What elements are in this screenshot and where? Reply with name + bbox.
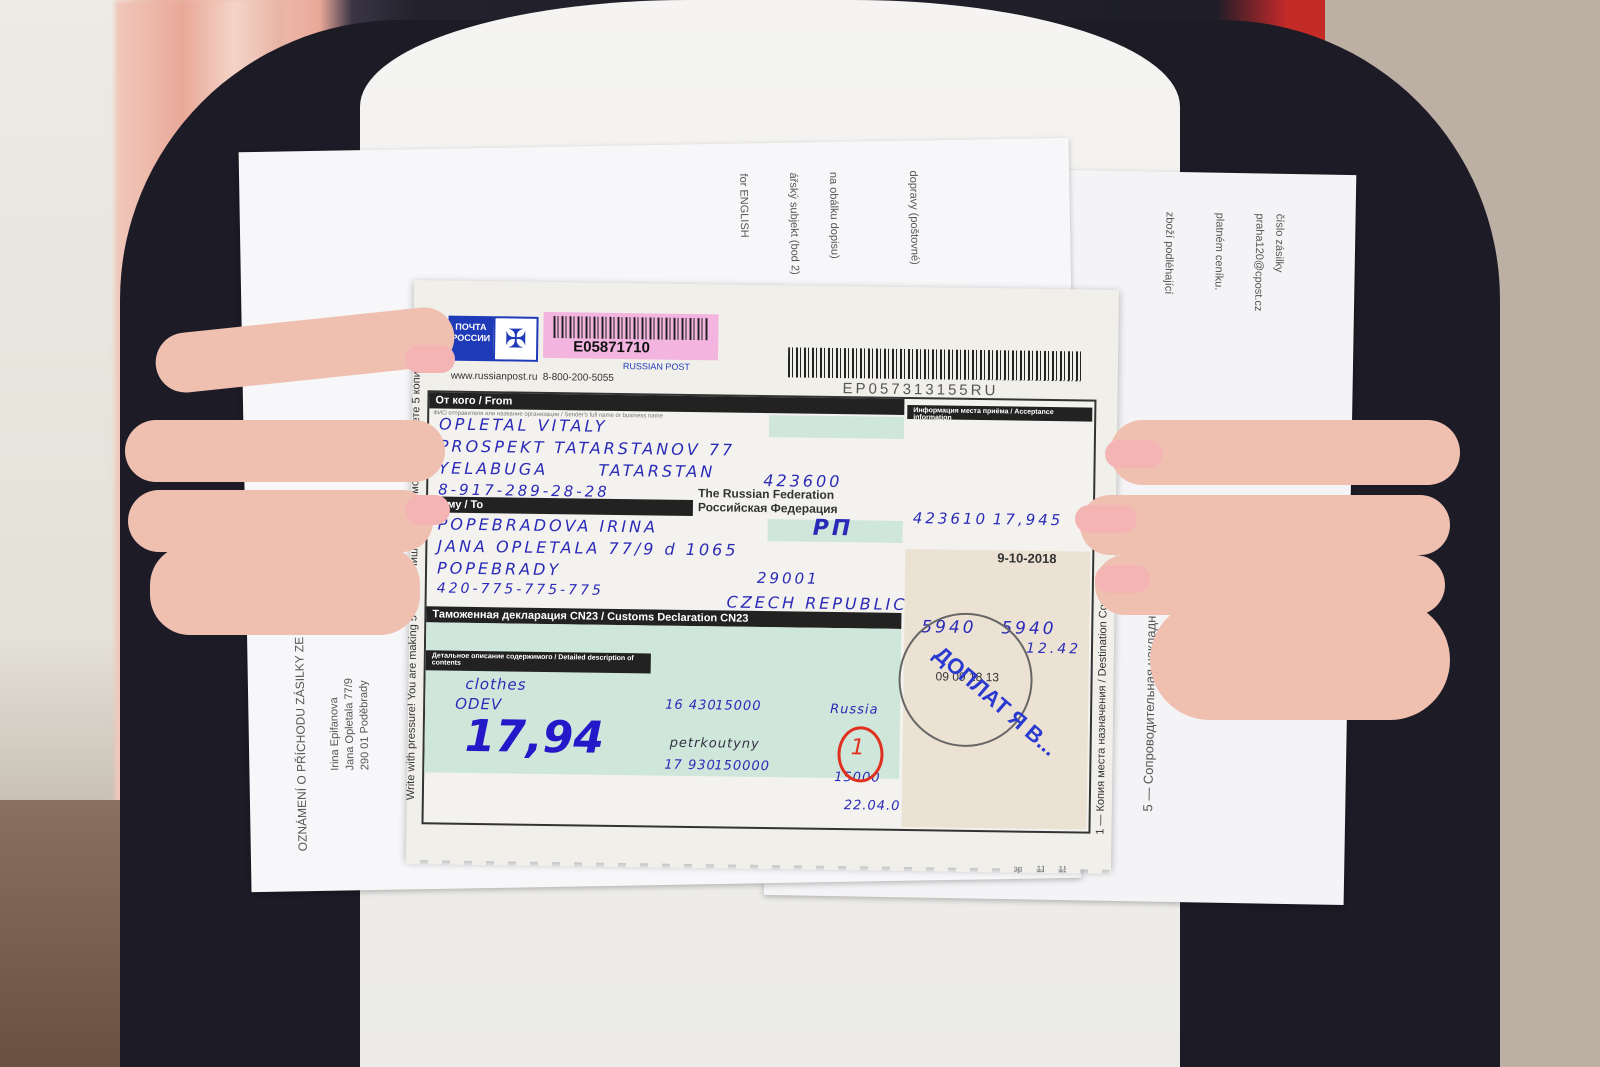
volume-weight: 17,945 xyxy=(993,510,1064,529)
service-label: RUSSIAN POST xyxy=(623,361,690,372)
sender-city: YELABUGA xyxy=(438,458,548,479)
carrier-phone: 8-800-200-5055 xyxy=(543,372,614,384)
office-of-origin: 423610 xyxy=(913,509,989,528)
doc-fragment: dopravy (poštovné) xyxy=(907,170,921,264)
big-handwritten-mark: 17,94 xyxy=(464,711,604,764)
barcode xyxy=(553,316,708,340)
sender-name: OPLETAL VITALY xyxy=(439,414,608,435)
item-value: 15000 xyxy=(715,698,762,714)
fingernail xyxy=(1095,565,1150,593)
left-finger xyxy=(125,420,445,482)
sender-address: PROSPEKT TATARSTANOV 77 xyxy=(439,436,736,459)
fingernail xyxy=(405,345,455,373)
recipient-line: 290 01 Poděbrady xyxy=(358,680,372,770)
recipient-city: POPEBRADY xyxy=(437,558,561,579)
doc-fragment: číslo zásilky xyxy=(1273,214,1286,273)
sticker-code: E05871710 xyxy=(573,338,650,356)
ems-waybill: ПОЧТА РОССИИ ✠ E05871710 RUSSIAN POST ww… xyxy=(406,280,1119,870)
to-header: Кому / To xyxy=(428,496,693,516)
doc-fragment: ářský subjekt (bod 2) xyxy=(787,173,801,275)
waybill-form-body: От кого / From Информация места приёма /… xyxy=(421,390,1096,833)
total-weight: 17 930 xyxy=(664,758,716,774)
doc-fragment: praha120@cpost.cz xyxy=(1252,213,1266,311)
recipient-line: Irina Epifanova xyxy=(328,697,341,771)
fingernail xyxy=(1075,505,1137,533)
doc-fragment: for ENGLISH xyxy=(737,173,750,237)
country-ru: Российская Федерация xyxy=(698,500,838,516)
handwritten-note: petrkoutyny xyxy=(670,736,760,752)
fingernail xyxy=(1105,440,1163,468)
left-palm xyxy=(150,545,420,635)
recipient-phone: 420-775-775-775 xyxy=(437,580,604,598)
doc-fragment: zboží podléhající xyxy=(1162,212,1175,295)
fingernail xyxy=(405,495,450,525)
item-description: clothes xyxy=(465,675,526,694)
customs-ref-box xyxy=(769,415,904,439)
date-stamp: 9-10-2018 xyxy=(997,550,1056,566)
description-header: Детальное описание содержимого / Detaile… xyxy=(426,650,651,673)
doc-fragment: platném ceníku. xyxy=(1212,213,1225,291)
russian-post-logo: ПОЧТА РОССИИ xyxy=(448,316,494,362)
website: www.russianpost.ru xyxy=(451,371,538,383)
left-finger xyxy=(128,490,433,552)
recipient-name: POPEBRADOVA IRINA xyxy=(438,514,659,536)
tracking-barcode xyxy=(788,347,1083,381)
acceptance-header: Информация места приёма / Acceptance inf… xyxy=(907,405,1092,422)
copy-label: 1 — Копия места назначения / Destination… xyxy=(1094,593,1109,835)
ref-mark: PП xyxy=(812,516,853,542)
acceptance-time: 12.42 xyxy=(1026,641,1081,658)
sender-province: TATARSTAN xyxy=(598,461,715,482)
doc-fragment: na obálku dopisu) xyxy=(827,172,841,259)
eagle-emblem-icon: ✠ xyxy=(493,316,539,362)
item-origin: Russia xyxy=(830,702,879,718)
total-value: 150000 xyxy=(714,758,770,774)
recipient-address: JANA OPLETALA 77/9 d 1065 xyxy=(437,536,738,559)
item-weight: 16 430 xyxy=(665,698,717,714)
date-signed: 22.04.0 xyxy=(844,798,901,814)
recipient-zip: 29001 xyxy=(757,569,820,588)
red-mark: 1 xyxy=(850,735,867,760)
barcode-sticker: E05871710 xyxy=(543,312,719,360)
recipient-line: Jana Opletala 77/9 xyxy=(343,678,357,771)
right-palm xyxy=(1150,600,1450,720)
